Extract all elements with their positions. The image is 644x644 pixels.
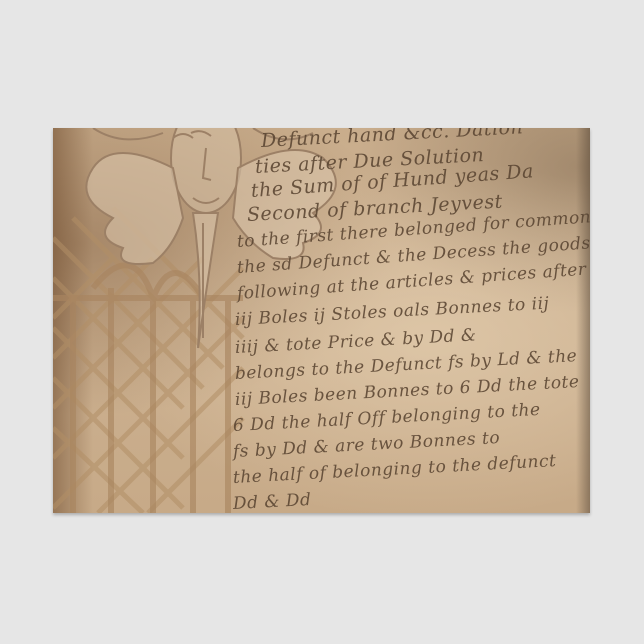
- script-line: Dd & Dd: [232, 490, 311, 513]
- rug: Defunct hand &cc. Dation ties after Due …: [53, 128, 590, 513]
- green-man-face: [171, 128, 241, 213]
- handwritten-script-block: Defunct hand &cc. Dation ties after Due …: [241, 128, 590, 513]
- rug-right-shading: [576, 128, 590, 513]
